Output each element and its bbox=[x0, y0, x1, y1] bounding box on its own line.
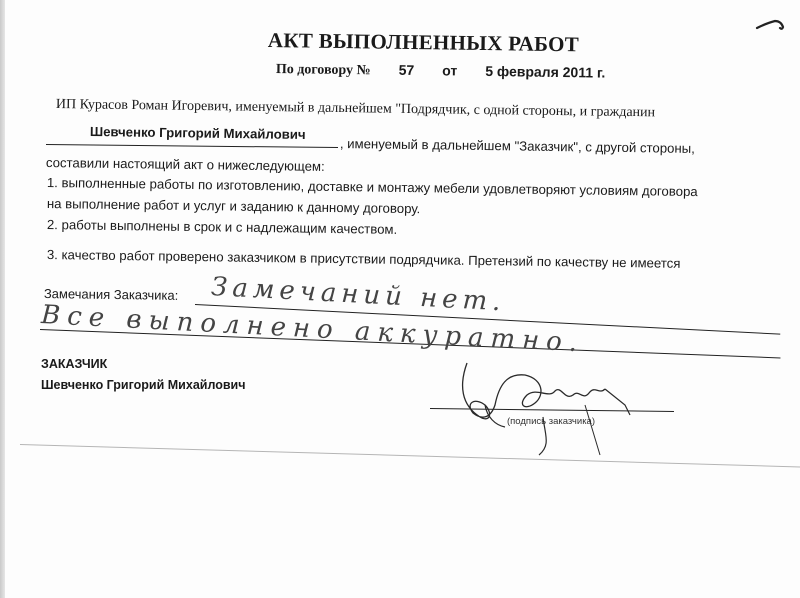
item-1-line-1: 1. выполненные работы по изготовлению, д… bbox=[47, 175, 698, 199]
item-1-line-2: на выполнение работ и услуг и заданию к … bbox=[47, 196, 421, 216]
intro-line-2-rest: , именуемый в дальнейшем "Заказчик", с д… bbox=[340, 136, 695, 156]
customer-name: Шевченко Григорий Михайлович bbox=[41, 378, 246, 392]
customer-name-underline bbox=[46, 144, 338, 148]
intro-line-1: ИП Курасов Роман Игоревич, именуемый в д… bbox=[56, 97, 655, 121]
bottom-divider bbox=[20, 444, 800, 468]
pen-mark-icon bbox=[755, 15, 785, 35]
contract-from-label: от bbox=[442, 62, 457, 78]
document-title: АКТ ВЫПОЛНЕННЫХ РАБОТ bbox=[268, 28, 580, 57]
contract-number: 57 bbox=[399, 62, 415, 78]
item-3: 3. качество работ проверено заказчиком в… bbox=[47, 247, 681, 271]
contract-date: 5 февраля 2011 г. bbox=[485, 63, 605, 81]
customer-name-field: Шевченко Григорий Михайлович bbox=[90, 124, 306, 142]
signature-scribble-icon bbox=[455, 355, 645, 465]
customer-role: ЗАКАЗЧИК bbox=[41, 357, 107, 371]
scan-page-edge bbox=[0, 0, 5, 598]
intro-line-3: составили настоящий акт о нижеследующем: bbox=[46, 155, 325, 174]
contract-line: По договору №57от5 февраля 2011 г. bbox=[276, 60, 606, 83]
item-2: 2. работы выполнены в срок и с надлежащи… bbox=[47, 217, 398, 237]
contract-label: По договору № bbox=[276, 62, 371, 78]
